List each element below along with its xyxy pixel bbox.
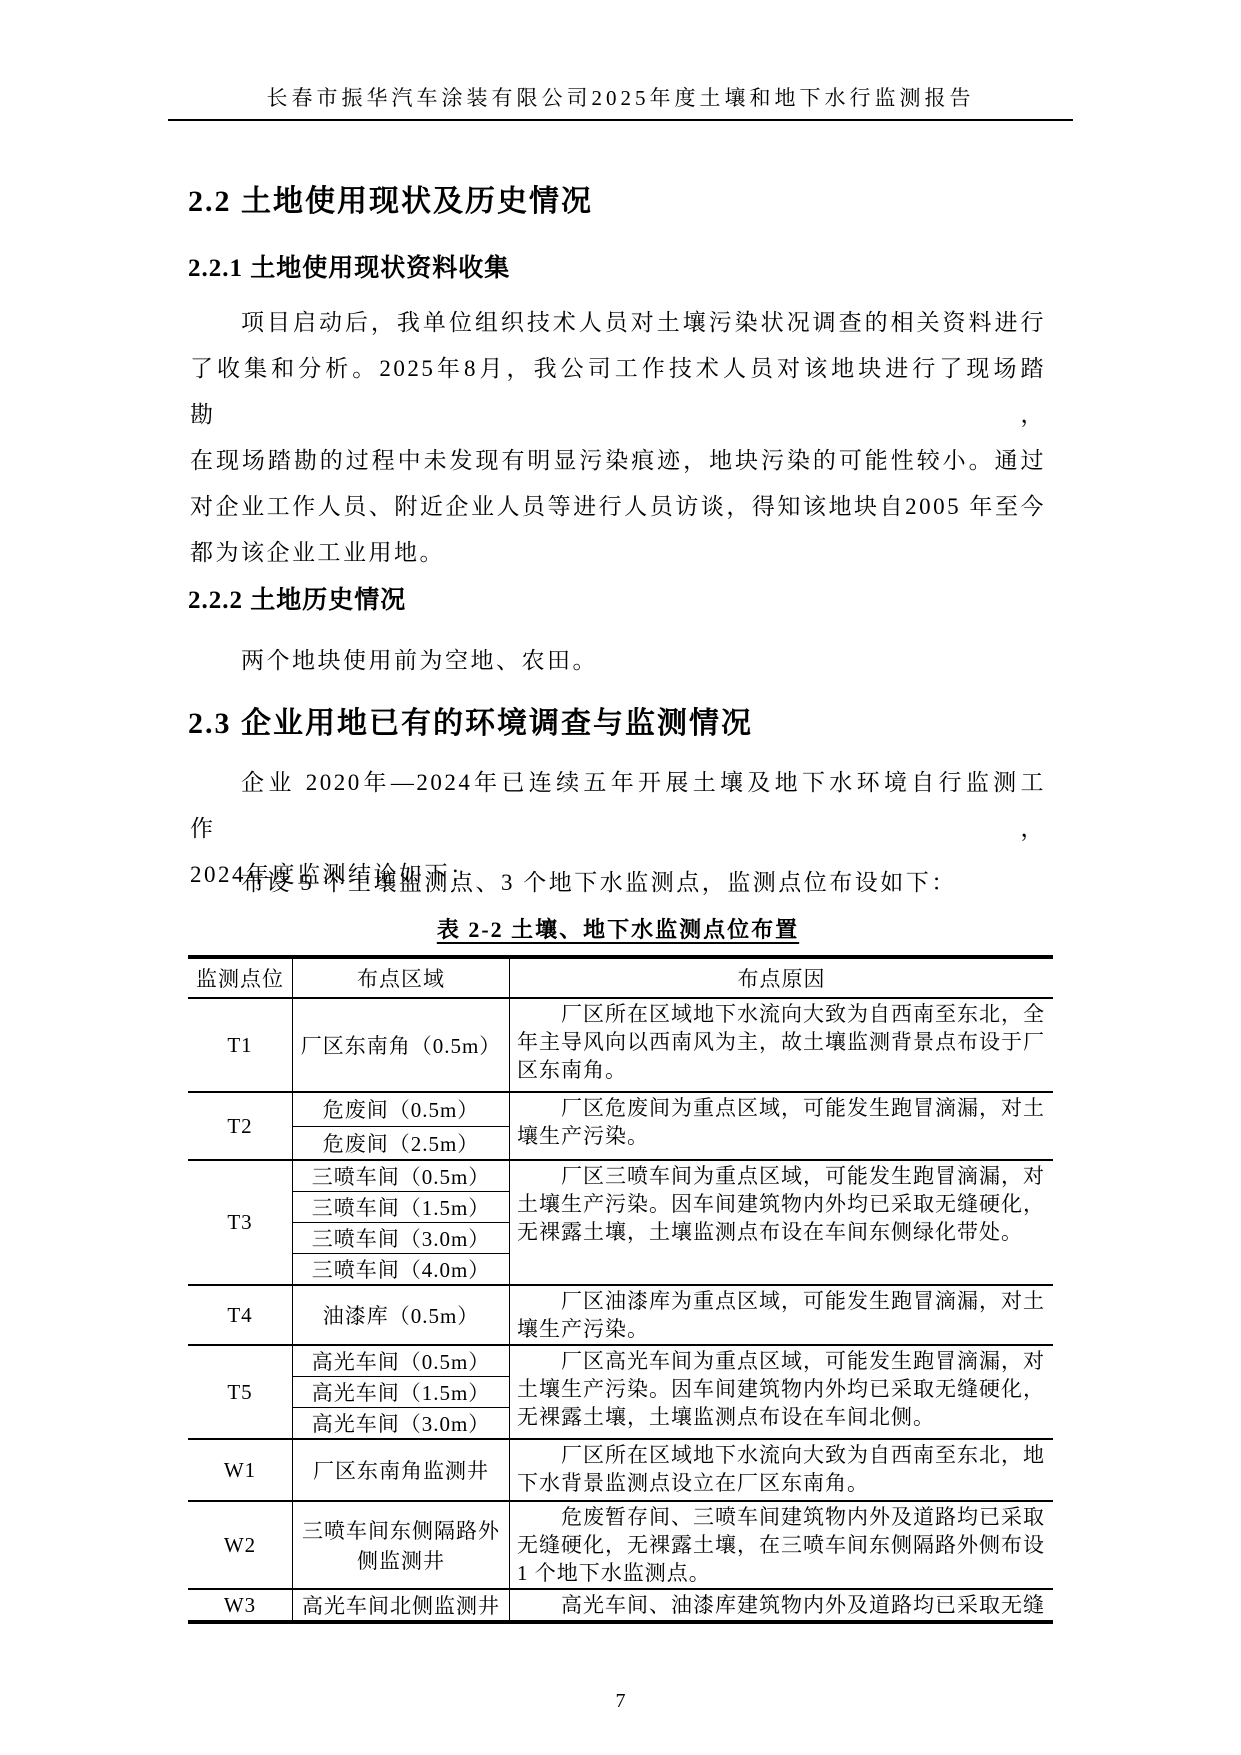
region-cell: 危废间（0.5m） 危废间（2.5m） — [293, 1093, 510, 1159]
page-number: 7 — [0, 1690, 1241, 1713]
text-line: 了收集和分析。2025年8月，我公司工作技术人员对该地块进行了现场踏勘， — [190, 346, 1046, 438]
column-header-point: 监测点位 — [188, 959, 293, 997]
region-subcell: 油漆库（0.5m） — [293, 1286, 509, 1344]
table-row: W2 三喷车间东侧隔路外侧监测井 危废暂存间、三喷车间建筑物内外及道路均已采取无… — [188, 1500, 1053, 1588]
paragraph-current-land-use: 项目启动后，我单位组织技术人员对土壤污染状况调查的相关资料进行 了收集和分析。2… — [190, 300, 1046, 576]
document-page: 长春市振华汽车涂装有限公司2025年度土壤和地下水行监测报告 2.2 土地使用现… — [0, 0, 1241, 1755]
region-cell: 厂区东南角（0.5m） — [293, 999, 510, 1091]
reason-cell: 厂区油漆库为重点区域，可能发生跑冒滴漏，对土壤生产污染。 — [510, 1286, 1053, 1344]
column-header-region: 布点区域 — [293, 959, 510, 997]
reason-text: 厂区所在区域地下水流向大致为自西南至东北，全年主导风向以西南风为主，故土壤监测背… — [517, 1000, 1045, 1084]
text-line: 项目启动后，我单位组织技术人员对土壤污染状况调查的相关资料进行 — [190, 300, 1046, 346]
reason-cell: 厂区高光车间为重点区域，可能发生跑冒滴漏，对土壤生产污染。因车间建筑物内外均已采… — [510, 1346, 1053, 1438]
reason-text: 厂区所在区域地下水流向大致为自西南至东北，地下水背景监测点设立在厂区东南角。 — [517, 1441, 1045, 1497]
region-subcell: 高光车间北侧监测井 — [293, 1590, 509, 1620]
region-subcell: 高光车间（1.5m） — [293, 1376, 509, 1407]
region-subcell: 厂区东南角（0.5m） — [293, 999, 509, 1091]
table-row: T5 高光车间（0.5m） 高光车间（1.5m） 高光车间（3.0m） 厂区高光… — [188, 1344, 1053, 1438]
text-line: 对企业工作人员、附近企业人员等进行人员访谈，得知该地块自2005 年至今 — [190, 484, 1046, 530]
region-cell: 高光车间北侧监测井 — [293, 1590, 510, 1620]
region-cell: 三喷车间东侧隔路外侧监测井 — [293, 1502, 510, 1588]
point-id: T3 — [188, 1161, 293, 1284]
region-subcell: 三喷车间（4.0m） — [293, 1253, 509, 1284]
region-cell: 油漆库（0.5m） — [293, 1286, 510, 1344]
region-subcell: 三喷车间（1.5m） — [293, 1191, 509, 1222]
table-row: T1 厂区东南角（0.5m） 厂区所在区域地下水流向大致为自西南至东北，全年主导… — [188, 997, 1053, 1091]
section-heading-2-2-1: 2.2.1 土地使用现状资料收集 — [188, 248, 510, 284]
table-row: W3 高光车间北侧监测井 高光车间、油漆库建筑物内外及道路均已采取无缝 — [188, 1588, 1053, 1620]
paragraph-land-history: 两个地块使用前为空地、农田。 — [190, 638, 1046, 684]
point-id: W1 — [188, 1440, 293, 1500]
reason-text: 厂区高光车间为重点区域，可能发生跑冒滴漏，对土壤生产污染。因车间建筑物内外均已采… — [517, 1347, 1045, 1431]
region-subcell: 高光车间（3.0m） — [293, 1407, 509, 1438]
running-header: 长春市振华汽车涂装有限公司2025年度土壤和地下水行监测报告 — [0, 82, 1241, 112]
header-rule — [168, 119, 1073, 121]
table-row: T3 三喷车间（0.5m） 三喷车间（1.5m） 三喷车间（3.0m） 三喷车间… — [188, 1159, 1053, 1284]
region-cell: 三喷车间（0.5m） 三喷车间（1.5m） 三喷车间（3.0m） 三喷车间（4.… — [293, 1161, 510, 1284]
reason-cell: 厂区所在区域地下水流向大致为自西南至东北，全年主导风向以西南风为主，故土壤监测背… — [510, 999, 1053, 1091]
table-header-row: 监测点位 布点区域 布点原因 — [188, 959, 1053, 997]
region-cell: 厂区东南角监测井 — [293, 1440, 510, 1500]
region-subcell: 危废间（2.5m） — [293, 1126, 509, 1160]
text-line: 两个地块使用前为空地、农田。 — [190, 638, 1046, 684]
region-subcell: 厂区东南角监测井 — [293, 1440, 509, 1500]
region-subcell: 高光车间（0.5m） — [293, 1346, 509, 1376]
text-line: 布设 5 个土壤监测点、3 个地下水监测点，监测点位布设如下： — [190, 860, 1046, 906]
column-header-reason: 布点原因 — [510, 959, 1053, 997]
table-row: T2 危废间（0.5m） 危废间（2.5m） 厂区危废间为重点区域，可能发生跑冒… — [188, 1091, 1053, 1159]
point-id: W2 — [188, 1502, 293, 1588]
monitoring-points-table: 监测点位 布点区域 布点原因 T1 厂区东南角（0.5m） 厂区所在区域地下水流… — [188, 955, 1053, 1624]
reason-text: 厂区危废间为重点区域，可能发生跑冒滴漏，对土壤生产污染。 — [517, 1094, 1045, 1150]
table-caption: 表 2-2 土壤、地下水监测点位布置 — [190, 913, 1046, 944]
text-line: 都为该企业工业用地。 — [190, 530, 1046, 576]
point-id: T1 — [188, 999, 293, 1091]
reason-text: 危废暂存间、三喷车间建筑物内外及道路均已采取无缝硬化，无裸露土壤，在三喷车间东侧… — [517, 1503, 1045, 1587]
section-heading-2-2: 2.2 土地使用现状及历史情况 — [188, 176, 593, 220]
reason-cell: 危废暂存间、三喷车间建筑物内外及道路均已采取无缝硬化，无裸露土壤，在三喷车间东侧… — [510, 1502, 1053, 1588]
paragraph-point-deployment: 布设 5 个土壤监测点、3 个地下水监测点，监测点位布设如下： — [190, 860, 1046, 906]
table-row: T4 油漆库（0.5m） 厂区油漆库为重点区域，可能发生跑冒滴漏，对土壤生产污染… — [188, 1284, 1053, 1344]
region-subcell: 三喷车间（3.0m） — [293, 1222, 509, 1253]
reason-text: 厂区油漆库为重点区域，可能发生跑冒滴漏，对土壤生产污染。 — [517, 1287, 1045, 1343]
point-id: W3 — [188, 1590, 293, 1620]
reason-text: 高光车间、油漆库建筑物内外及道路均已采取无缝 — [517, 1591, 1045, 1619]
reason-cell: 高光车间、油漆库建筑物内外及道路均已采取无缝 — [510, 1590, 1053, 1620]
reason-text: 厂区三喷车间为重点区域，可能发生跑冒滴漏，对土壤生产污染。因车间建筑物内外均已采… — [517, 1162, 1045, 1246]
region-cell: 高光车间（0.5m） 高光车间（1.5m） 高光车间（3.0m） — [293, 1346, 510, 1438]
point-id: T4 — [188, 1286, 293, 1344]
reason-cell: 厂区所在区域地下水流向大致为自西南至东北，地下水背景监测点设立在厂区东南角。 — [510, 1440, 1053, 1500]
region-subcell: 三喷车间东侧隔路外侧监测井 — [293, 1502, 509, 1588]
reason-cell: 厂区三喷车间为重点区域，可能发生跑冒滴漏，对土壤生产污染。因车间建筑物内外均已采… — [510, 1161, 1053, 1284]
text-line: 在现场踏勘的过程中未发现有明显污染痕迹，地块污染的可能性较小。通过 — [190, 438, 1046, 484]
point-id: T2 — [188, 1093, 293, 1159]
region-subcell: 危废间（0.5m） — [293, 1093, 509, 1126]
region-subcell: 三喷车间（0.5m） — [293, 1161, 509, 1191]
table-row: W1 厂区东南角监测井 厂区所在区域地下水流向大致为自西南至东北，地下水背景监测… — [188, 1438, 1053, 1500]
point-id: T5 — [188, 1346, 293, 1438]
text-line: 企业 2020年—2024年已连续五年开展土壤及地下水环境自行监测工作， — [190, 760, 1046, 852]
section-heading-2-3: 2.3 企业用地已有的环境调查与监测情况 — [188, 698, 753, 742]
reason-cell: 厂区危废间为重点区域，可能发生跑冒滴漏，对土壤生产污染。 — [510, 1093, 1053, 1159]
section-heading-2-2-2: 2.2.2 土地历史情况 — [188, 580, 406, 616]
